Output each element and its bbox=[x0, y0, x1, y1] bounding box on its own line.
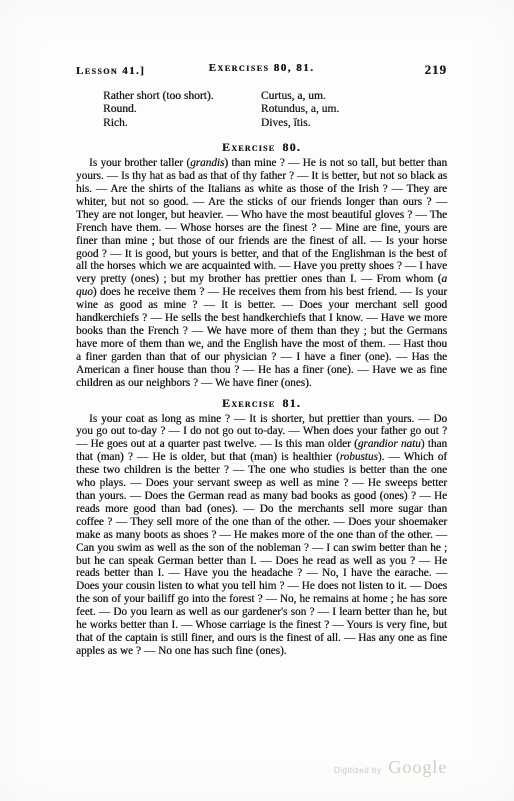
vocab-row: Round. Rotundus, a, um. bbox=[103, 103, 447, 116]
exercise-80-text: Is your brother taller (grandis) than mi… bbox=[76, 157, 447, 389]
vocab-latin: Curtus, a, um. bbox=[261, 90, 326, 102]
watermark: Digitized by Google bbox=[334, 757, 447, 778]
exercise-81-text: Is your coat as long as mine ? — It is s… bbox=[76, 413, 447, 658]
vocab-english: Rich. bbox=[103, 117, 258, 130]
vocab-row: Rather short (too short). Curtus, a, um. bbox=[103, 90, 447, 103]
vocab-row: Rich. Dives, ĭtis. bbox=[103, 117, 447, 130]
vocab-latin: Dives, ĭtis. bbox=[261, 117, 311, 129]
vocab-english: Rather short (too short). bbox=[103, 90, 258, 103]
vocab-latin: Rotundus, a, um. bbox=[261, 103, 339, 115]
exercise-80-heading: Exercise 80. bbox=[76, 140, 447, 154]
running-head: Lesson 41.] Exercises 80, 81. 219 bbox=[76, 62, 447, 77]
google-logo: Google bbox=[388, 757, 447, 778]
page-number: 219 bbox=[425, 62, 448, 78]
vocabulary-list: Rather short (too short). Curtus, a, um.… bbox=[103, 90, 447, 130]
watermark-text: Digitized by bbox=[334, 766, 381, 775]
running-title: Exercises 80, 81. bbox=[209, 62, 315, 74]
exercise-81-heading: Exercise 81. bbox=[76, 396, 447, 410]
book-page: Lesson 41.] Exercises 80, 81. 219 Rather… bbox=[0, 0, 514, 801]
vocab-english: Round. bbox=[103, 103, 258, 116]
lesson-label: Lesson 41.] bbox=[76, 65, 145, 77]
